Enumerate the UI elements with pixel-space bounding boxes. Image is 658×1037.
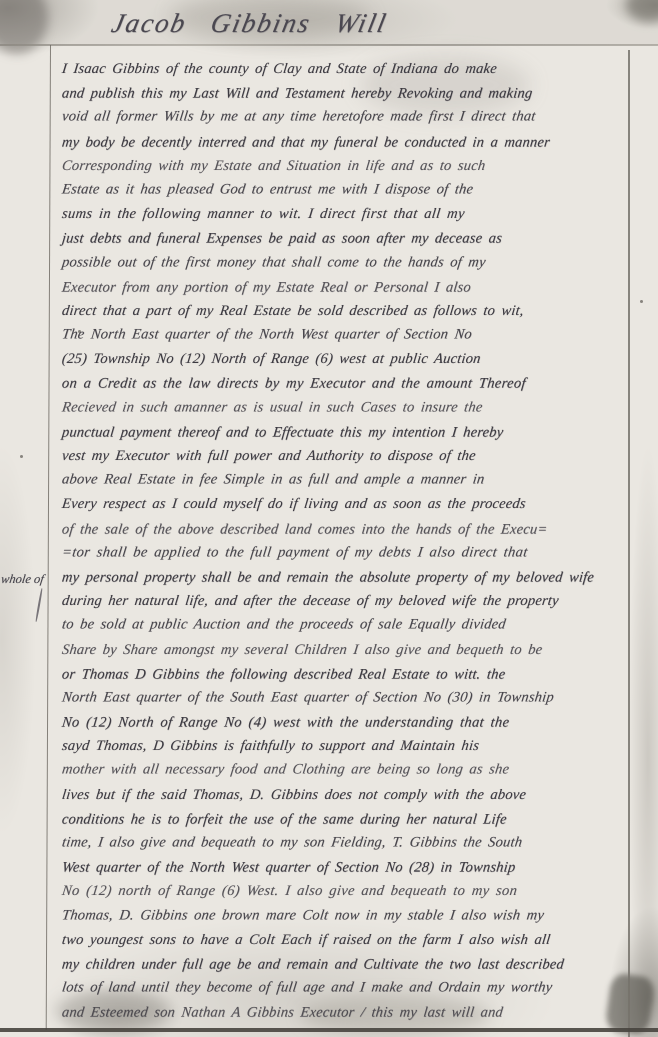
will-line: Executor from any portion of my Estate R… — [61, 275, 639, 299]
will-line: my children under full age be and remain… — [61, 953, 639, 977]
will-line: of the sale of the above described land … — [61, 517, 639, 541]
will-line: my personal property shall be and remain… — [61, 566, 639, 590]
will-line: Recieved in such amanner as is usual in … — [60, 395, 638, 419]
will-line: Estate as it has pleased God to entrust … — [60, 177, 638, 201]
will-line: =tor shall be applied to the full paymen… — [60, 540, 638, 564]
will-line: direct that a part of my Real Estate be … — [61, 299, 639, 323]
will-line: mother with all necessary food and Cloth… — [60, 758, 638, 782]
scan-speck — [20, 455, 23, 458]
will-line: West quarter of the North West quarter o… — [61, 856, 639, 880]
will-line: and Esteemed son Nathan A Gibbins Execut… — [61, 1001, 639, 1025]
will-line: or Thomas D Gibbins the following descri… — [61, 662, 639, 686]
will-line: Corresponding with my Estate and Situati… — [61, 154, 639, 178]
will-line: conditions he is to forfeit the use of t… — [61, 807, 639, 831]
will-line: during her natural life, and after the d… — [61, 589, 639, 613]
margin-caret-stroke — [35, 588, 42, 622]
will-line: on a Credit as the law directs by my Exe… — [61, 372, 639, 396]
will-line: North East quarter of the South East qua… — [60, 685, 638, 709]
will-line: and publish this my Last Will and Testam… — [61, 82, 639, 106]
will-line: I Isaac Gibbins of the county of Clay an… — [61, 57, 639, 81]
will-line: two youngest sons to have a Colt Each if… — [61, 928, 639, 952]
will-line: sayd Thomas, D Gibbins is faithfully to … — [61, 734, 639, 758]
will-line: lives but if the said Thomas, D. Gibbins… — [61, 783, 639, 807]
page-title: Jacob Gibbins Will — [109, 8, 391, 39]
will-line: just debts and funeral Expenses be paid … — [61, 227, 639, 251]
will-line: possible out of the first money that sha… — [60, 250, 638, 274]
left-margin-rule — [46, 45, 51, 1030]
scan-speck — [640, 300, 643, 303]
top-rule-line — [0, 44, 658, 46]
will-line: vest my Executor with full power and Aut… — [61, 444, 639, 468]
will-line: No (12) north of Range (6) West. I also … — [61, 879, 639, 903]
bottom-edge-rule — [0, 1028, 658, 1032]
will-line: to be sold at public Auction and the pro… — [60, 613, 638, 637]
will-line: Share by Share amongst my several Childr… — [61, 638, 639, 662]
will-line: punctual payment thereof and to Effectua… — [61, 420, 639, 444]
will-line: sums in the following manner to wit. I d… — [61, 202, 639, 226]
will-line: void all former Wills by me at any time … — [60, 105, 638, 129]
will-line: my body be decently interred and that my… — [61, 130, 639, 154]
will-body: I Isaac Gibbins of the county of Clay an… — [62, 57, 637, 1025]
margin-note: whole of — [0, 572, 64, 587]
will-line: (25) Township No (12) North of Range (6)… — [61, 347, 639, 371]
will-line: No (12) North of Range No (4) west with … — [61, 711, 639, 735]
will-line: Thomas, D. Gibbins one brown mare Colt n… — [60, 903, 638, 927]
will-line: time, I also give and bequeath to my son… — [60, 831, 638, 855]
will-line: above Real Estate in fee Simple in as fu… — [60, 468, 638, 492]
will-line: Every respect as I could myself do if li… — [61, 492, 639, 516]
scanned-will-page: Jacob Gibbins Will whole of I Isaac Gibb… — [0, 0, 658, 1037]
scan-smudge-top-right — [626, 0, 658, 22]
will-line: lots of land until they become of full a… — [60, 976, 638, 1000]
will-line: The North East quarter of the North West… — [60, 323, 638, 347]
